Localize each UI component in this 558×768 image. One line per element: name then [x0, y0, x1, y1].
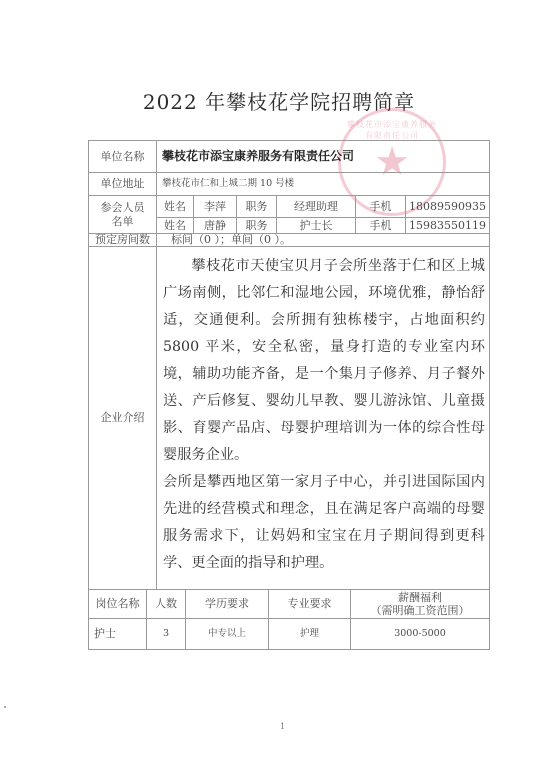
- introduction-paragraph: 会所是攀西地区第一家月子中心，并引进国际国内先进的经营模式和理念，且在满足客户高…: [163, 469, 485, 577]
- position-major: 护理: [268, 618, 351, 650]
- introduction-paragraph: 攀枝花市天使宝贝月子会所坐落于仁和区上城广场南侧，比邻仁和湿地公园，环境优雅，静…: [163, 253, 485, 469]
- position-header-count: 人数: [146, 589, 186, 619]
- participant-phone-label: 手机: [355, 217, 406, 234]
- participants-label: 参会人员名单: [88, 195, 157, 234]
- company-address-value: 攀枝花市仁和上城二期 10 号楼: [156, 172, 490, 196]
- participant-title: 护士长: [276, 217, 356, 234]
- participant-phone: 18089590935: [405, 195, 490, 218]
- scan-speck: [4, 706, 6, 708]
- position-header-salary: 薪酬福利 （需明确工资范围）: [350, 589, 490, 619]
- introduction-label: 企业介绍: [88, 246, 157, 590]
- company-address-label: 单位地址: [88, 172, 157, 196]
- stamp-text: 攀枝花市添宝康养服务有限责任公司: [347, 119, 437, 141]
- position-count: 3: [146, 618, 186, 650]
- participant-phone-label: 手机: [355, 195, 406, 218]
- position-salary: 3000-5000: [350, 618, 490, 650]
- participant-title-label: 职务: [236, 195, 277, 218]
- participant-name: 唐静: [193, 217, 237, 234]
- salary-header-line2: （需明确工资范围）: [371, 604, 470, 617]
- page-number: 1: [280, 722, 285, 731]
- position-header-education: 学历要求: [185, 589, 269, 619]
- participants-label-text: 参会人员名单: [100, 201, 146, 227]
- rooms-label: 预定房间数: [88, 233, 157, 247]
- position-header-major: 专业要求: [268, 589, 351, 619]
- participant-name-label: 姓名: [156, 195, 194, 218]
- salary-header-line1: 薪酬福利: [398, 591, 442, 604]
- participant-name-label: 姓名: [156, 217, 194, 234]
- rooms-value: 标间（0 ）；单间（0 ）。: [156, 233, 490, 247]
- company-name-label: 单位名称: [88, 140, 157, 173]
- introduction-text: 攀枝花市天使宝贝月子会所坐落于仁和区上城广场南侧，比邻仁和湿地公园，环境优雅，静…: [156, 246, 490, 590]
- position-header-title: 岗位名称: [88, 589, 147, 619]
- participant-title: 经理助理: [276, 195, 356, 218]
- participant-name: 李萍: [193, 195, 237, 218]
- participant-phone: 15983550119: [405, 217, 490, 234]
- company-name-value: 攀枝花市添宝康养服务有限责任公司: [156, 140, 490, 173]
- position-education: 中专以上: [185, 618, 269, 650]
- position-title: 护士: [88, 618, 147, 650]
- participant-title-label: 职务: [236, 217, 277, 234]
- document-title: 2022 年攀枝花学院招聘简章: [0, 86, 558, 115]
